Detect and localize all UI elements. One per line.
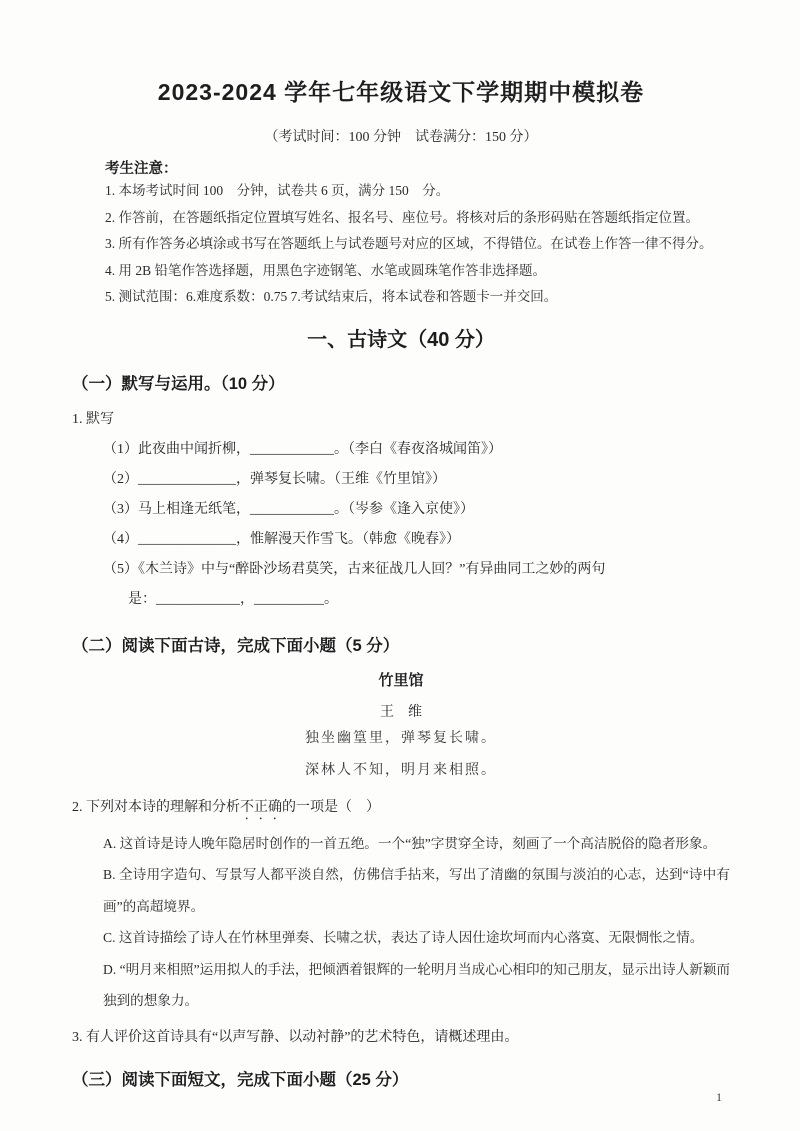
- notice-item: 2. 作答前，在答题纸指定位置填写姓名、报名号、座位号。将核对后的条形码贴在答题…: [105, 205, 730, 232]
- poem-title: 竹里馆: [72, 671, 730, 691]
- option-a: A. 这首诗是诗人晚年隐居时创作的一首五绝。一个“独”字贯穿全诗，刻画了一个高洁…: [103, 828, 730, 860]
- option-d: D. “明月来相照”运用拟人的手法，把倾洒着银辉的一轮明月当成心心相印的知己朋友…: [103, 954, 730, 1017]
- page-title: 2023-2024 学年七年级语文下学期期中模拟卷: [72, 78, 730, 106]
- option-b: B. 全诗用字造句、写景写人都平淡自然，仿佛信手拈来，写出了清幽的氛围与淡泊的心…: [103, 859, 730, 922]
- notice-item: 3. 所有作答务必填涂或书写在答题纸上与试卷题号对应的区域，不得错位。在试卷上作…: [105, 231, 730, 258]
- exam-meta: （考试时间：100 分钟 试卷满分：150 分）: [72, 130, 730, 146]
- notice-label: 考生注意：: [105, 160, 730, 178]
- question-3-stem: 3. 有人评价这首诗具有“以声写静、以动衬静”的艺术特色，请概述理由。: [72, 1027, 730, 1049]
- question-1-label: 1. 默写: [72, 410, 730, 430]
- part2-heading-poem-reading: （二）阅读下面古诗，完成下面小题（5 分）: [72, 635, 730, 657]
- part1-heading-dictation: （一）默写与运用。（10 分）: [72, 373, 730, 395]
- candidate-notice: 考生注意： 1. 本场考试时间 100 分钟，试卷共 6 页，满分 150 分。…: [105, 160, 730, 311]
- exam-page: 2023-2024 学年七年级语文下学期期中模拟卷 （考试时间：100 分钟 试…: [0, 0, 800, 1131]
- question-2-options: A. 这首诗是诗人晚年隐居时创作的一首五绝。一个“独”字贯穿全诗，刻画了一个高洁…: [103, 828, 730, 1017]
- section-heading-ancient-poetry: 一、古诗文（40 分）: [72, 327, 730, 353]
- dictation-item-2: （2）______________，弹琴复长啸。（王维《竹里馆》）: [103, 465, 730, 495]
- question-2-stem: 2. 下列对本诗的理解和分析不正确的一项是（ ）: [72, 797, 730, 823]
- question-2-prefix: 2. 下列对本诗的理解和分析: [72, 800, 240, 815]
- page-number: 1: [716, 1090, 722, 1105]
- notice-item: 5. 测试范围：6.难度系数：0.75 7.考试结束后，将本试卷和答题卡一并交回…: [105, 284, 730, 311]
- notice-item: 1. 本场考试时间 100 分钟，试卷共 6 页，满分 150 分。: [105, 178, 730, 205]
- dictation-item-1: （1）此夜曲中闻折柳，____________。（李白《春夜洛城闻笛》）: [103, 435, 730, 465]
- dictation-item-5: （5）《木兰诗》中与“醉卧沙场君莫笑，古来征战几人回？”有异曲同工之妙的两句: [103, 555, 730, 585]
- poem-line: 深林人不知，明月来相照。: [72, 755, 730, 787]
- option-c: C. 这首诗描绘了诗人在竹林里弹奏、长啸之状，表达了诗人因仕途坎坷而内心落寞、无…: [103, 922, 730, 954]
- dictation-list: （1）此夜曲中闻折柳，____________。（李白《春夜洛城闻笛》） （2）…: [72, 435, 730, 615]
- notice-item: 4. 用 2B 铅笔作答选择题，用黑色字迹钢笔、水笔或圆珠笔作答非选择题。: [105, 258, 730, 285]
- poem-author: 王 维: [72, 703, 730, 723]
- question-2-emphasized-word: 不正确: [240, 800, 282, 815]
- poem-line: 独坐幽篁里，弹琴复长啸。: [72, 723, 730, 755]
- dictation-item-5-answer-line: 是：____________，__________。: [128, 585, 730, 615]
- question-2-suffix: 的一项是（ ）: [282, 800, 380, 815]
- poem-block: 竹里馆 王 维 独坐幽篁里，弹琴复长啸。 深林人不知，明月来相照。: [72, 671, 730, 787]
- dictation-item-3: （3）马上相逢无纸笔，____________。（岑参《逢入京使》）: [103, 495, 730, 525]
- part3-heading-passage-reading: （三）阅读下面短文，完成下面小题（25 分）: [72, 1069, 730, 1091]
- dictation-item-4: （4）______________，惟解漫天作雪飞。（韩愈《晚春》）: [103, 525, 730, 555]
